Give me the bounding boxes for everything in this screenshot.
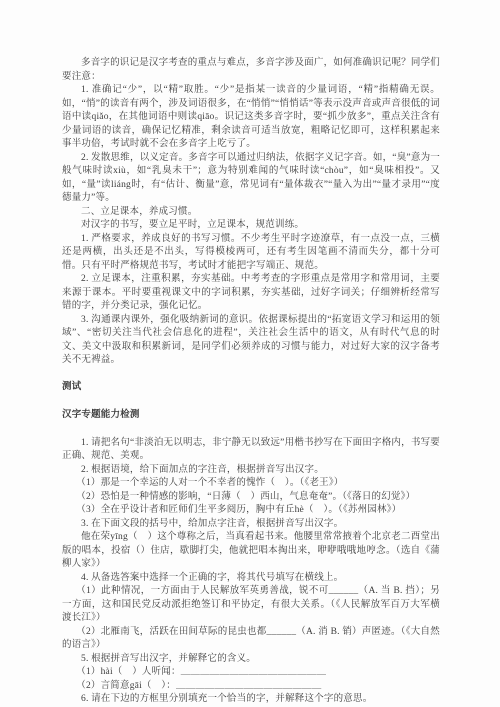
guide-section-2-heading-line: 二、立足课本，养成习惯。 (62, 206, 440, 220)
question-2-item-1: （1）那是一个幸运的人对一个不幸者的愧怍（ ）。（《老王》） (62, 477, 440, 491)
guide-point-1-paragraph: 1. 准确记“少”，以“精”取胜。“少”是指某一读音的少量词语，“精”指精确无误… (62, 84, 440, 152)
question-5-item-1: （1）hài（ ）人听闻：＿＿＿＿＿＿＿＿＿＿＿＿＿＿＿ (62, 666, 440, 680)
guide-section-2-point-1-paragraph: 1. 严格要求，养成良好的书写习惯。不少考生平时字迹潦草，有一点没一点，三横还是… (62, 233, 440, 274)
guide-section-2-intro-line: 对汉字的书写，要立足平时，立足课本，规范训练。 (62, 219, 440, 233)
question-3-stem: 3. 在下面文段的括号中，给加点字注音，根据拼音写出汉字。 (62, 518, 440, 532)
question-4-item-2: （2）北雁南飞，活跃在田间草际的昆虫也都______（A. 消 B. 销）声匿迹… (62, 626, 440, 653)
question-5-item-2: （2）言简意gāi（ ）：＿＿＿＿＿＿＿＿＿＿＿＿＿＿＿ (62, 680, 440, 694)
document-body: 多音字的识记是汉字考查的重点与难点，多音字涉及面广，如何准确识记呢？同学们要注意… (62, 57, 440, 707)
question-5-stem: 5. 根据拼音写出汉字，并解释它的含义。 (62, 653, 440, 667)
test-section-title: 汉字专题能力检测 (62, 409, 440, 423)
question-1-stem: 1. 请把名句“非淡泊无以明志，非宁静无以致远”用楷书抄写在下面田字格内，书写要… (62, 437, 440, 464)
question-6-stem: 6. 请在下边的方框里分别填充一个恰当的字，并解释这个字的意思。 (62, 693, 440, 707)
question-3-passage: 他在荣yīng（ ）这个尊称之后，当真看起书来。他腰里常常掖着个北京老二酉堂出版… (62, 531, 440, 572)
document-page: 多音字的识记是汉字考查的重点与难点，多音字涉及面广，如何准确识记呢？同学们要注意… (0, 0, 500, 707)
guide-section-2-point-2-paragraph: 2. 立足课本，注重积累，夯实基础。中考考查的字形重点是常用字和常用词，主要来源… (62, 273, 440, 314)
question-2-item-3: （3）全在乎设计者和匠师们生平多阅历，胸中有丘hè（ ）。（《苏州园林》） (62, 504, 440, 518)
question-2-stem: 2. 根据语境，给下面加点的字注音，根据拼音写出汉字。 (62, 464, 440, 478)
question-2-item-2: （2）恐怕是一种情感的影响，“日薄（ ）西山，气息奄奄”。（《落日的幻觉》） (62, 491, 440, 505)
question-4-item-1: （1）此种情况，一方面由于人民解放军英勇善战，锐不可______（A. 当 B.… (62, 585, 440, 626)
test-section-label: 测试 (62, 381, 440, 395)
guide-section-2-point-3-paragraph: 3. 沟通课内课外，强化吸纳新词的意识。依据课标提出的“拓宽语文学习和运用的领域… (62, 314, 440, 368)
guide-intro-paragraph: 多音字的识记是汉字考查的重点与难点，多音字涉及面广，如何准确识记呢？同学们要注意… (62, 57, 440, 84)
guide-point-2-paragraph: 2. 发散思维，以义定音。多音字可以通过归纳法，依据字义记字音。如，“臭”意为一… (62, 152, 440, 206)
question-4-stem: 4. 从备选答案中选择一个正确的字，将其代号填写在横线上。 (62, 572, 440, 586)
